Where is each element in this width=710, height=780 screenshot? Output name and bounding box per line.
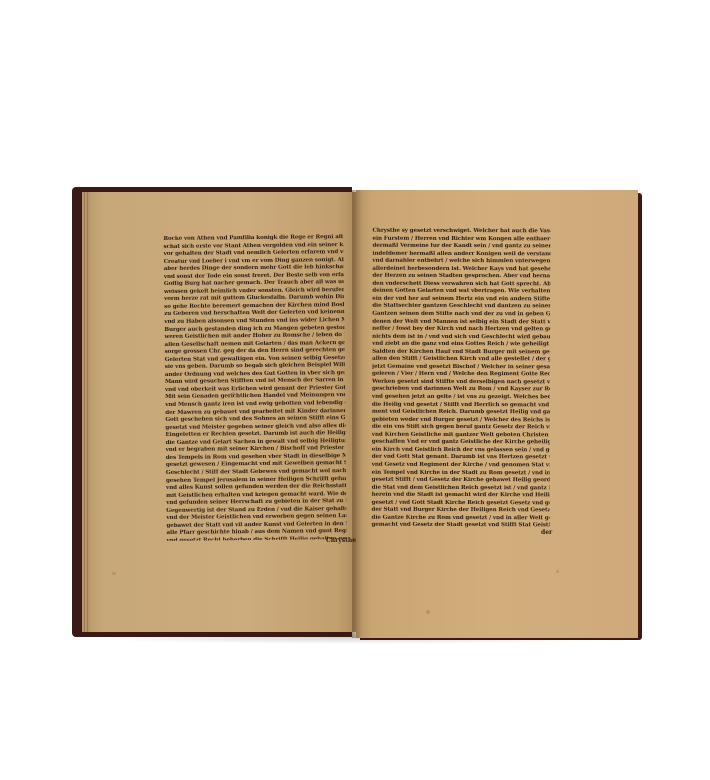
book-gutter (352, 190, 362, 638)
text-line: Chrysthe sy gesetzt verschwiget. Welcher… (372, 228, 550, 236)
photo-scene: Rocke von Athen vnd Pamfilia konigk die … (0, 0, 710, 780)
text-line: neffer / fosst bey der Kirch vnd nach He… (372, 326, 550, 334)
text-line: gemacht vnd Gesetz der Stadt gesetzt vnd… (371, 522, 549, 528)
paper-stain (112, 572, 116, 575)
text-line: vnd gesehen jetzt an gelte / ist vns zu … (372, 394, 550, 402)
text-line: herein vnd die Stadt ist gemacht wird de… (372, 492, 550, 500)
text-line: dermaßl Vermeine fur der Kandt sein / vn… (372, 243, 550, 251)
right-page-text: Chrysthe sy gesetzt verschwiget. Welcher… (371, 228, 550, 529)
page-stack-edge (82, 192, 90, 632)
right-catchword: der (541, 529, 552, 536)
text-line: vnd Gesetz vnd Regiment der Kirche / vnd… (372, 462, 550, 470)
left-page-text: Rocke von Athen vnd Pamfilia konigk die … (163, 234, 346, 541)
paper-stain (556, 570, 559, 573)
text-line: ment vnd Geistlichen Reich. Darumb geset… (372, 409, 550, 417)
paper-stain (426, 610, 430, 614)
left-catchword: Chrysthe (326, 537, 356, 544)
text-line: gesetzt Stifft / vnd Gesetz der Kirche g… (372, 477, 550, 485)
text-line: Gantzen seinen dem Stifte nach vnd der z… (372, 311, 550, 319)
